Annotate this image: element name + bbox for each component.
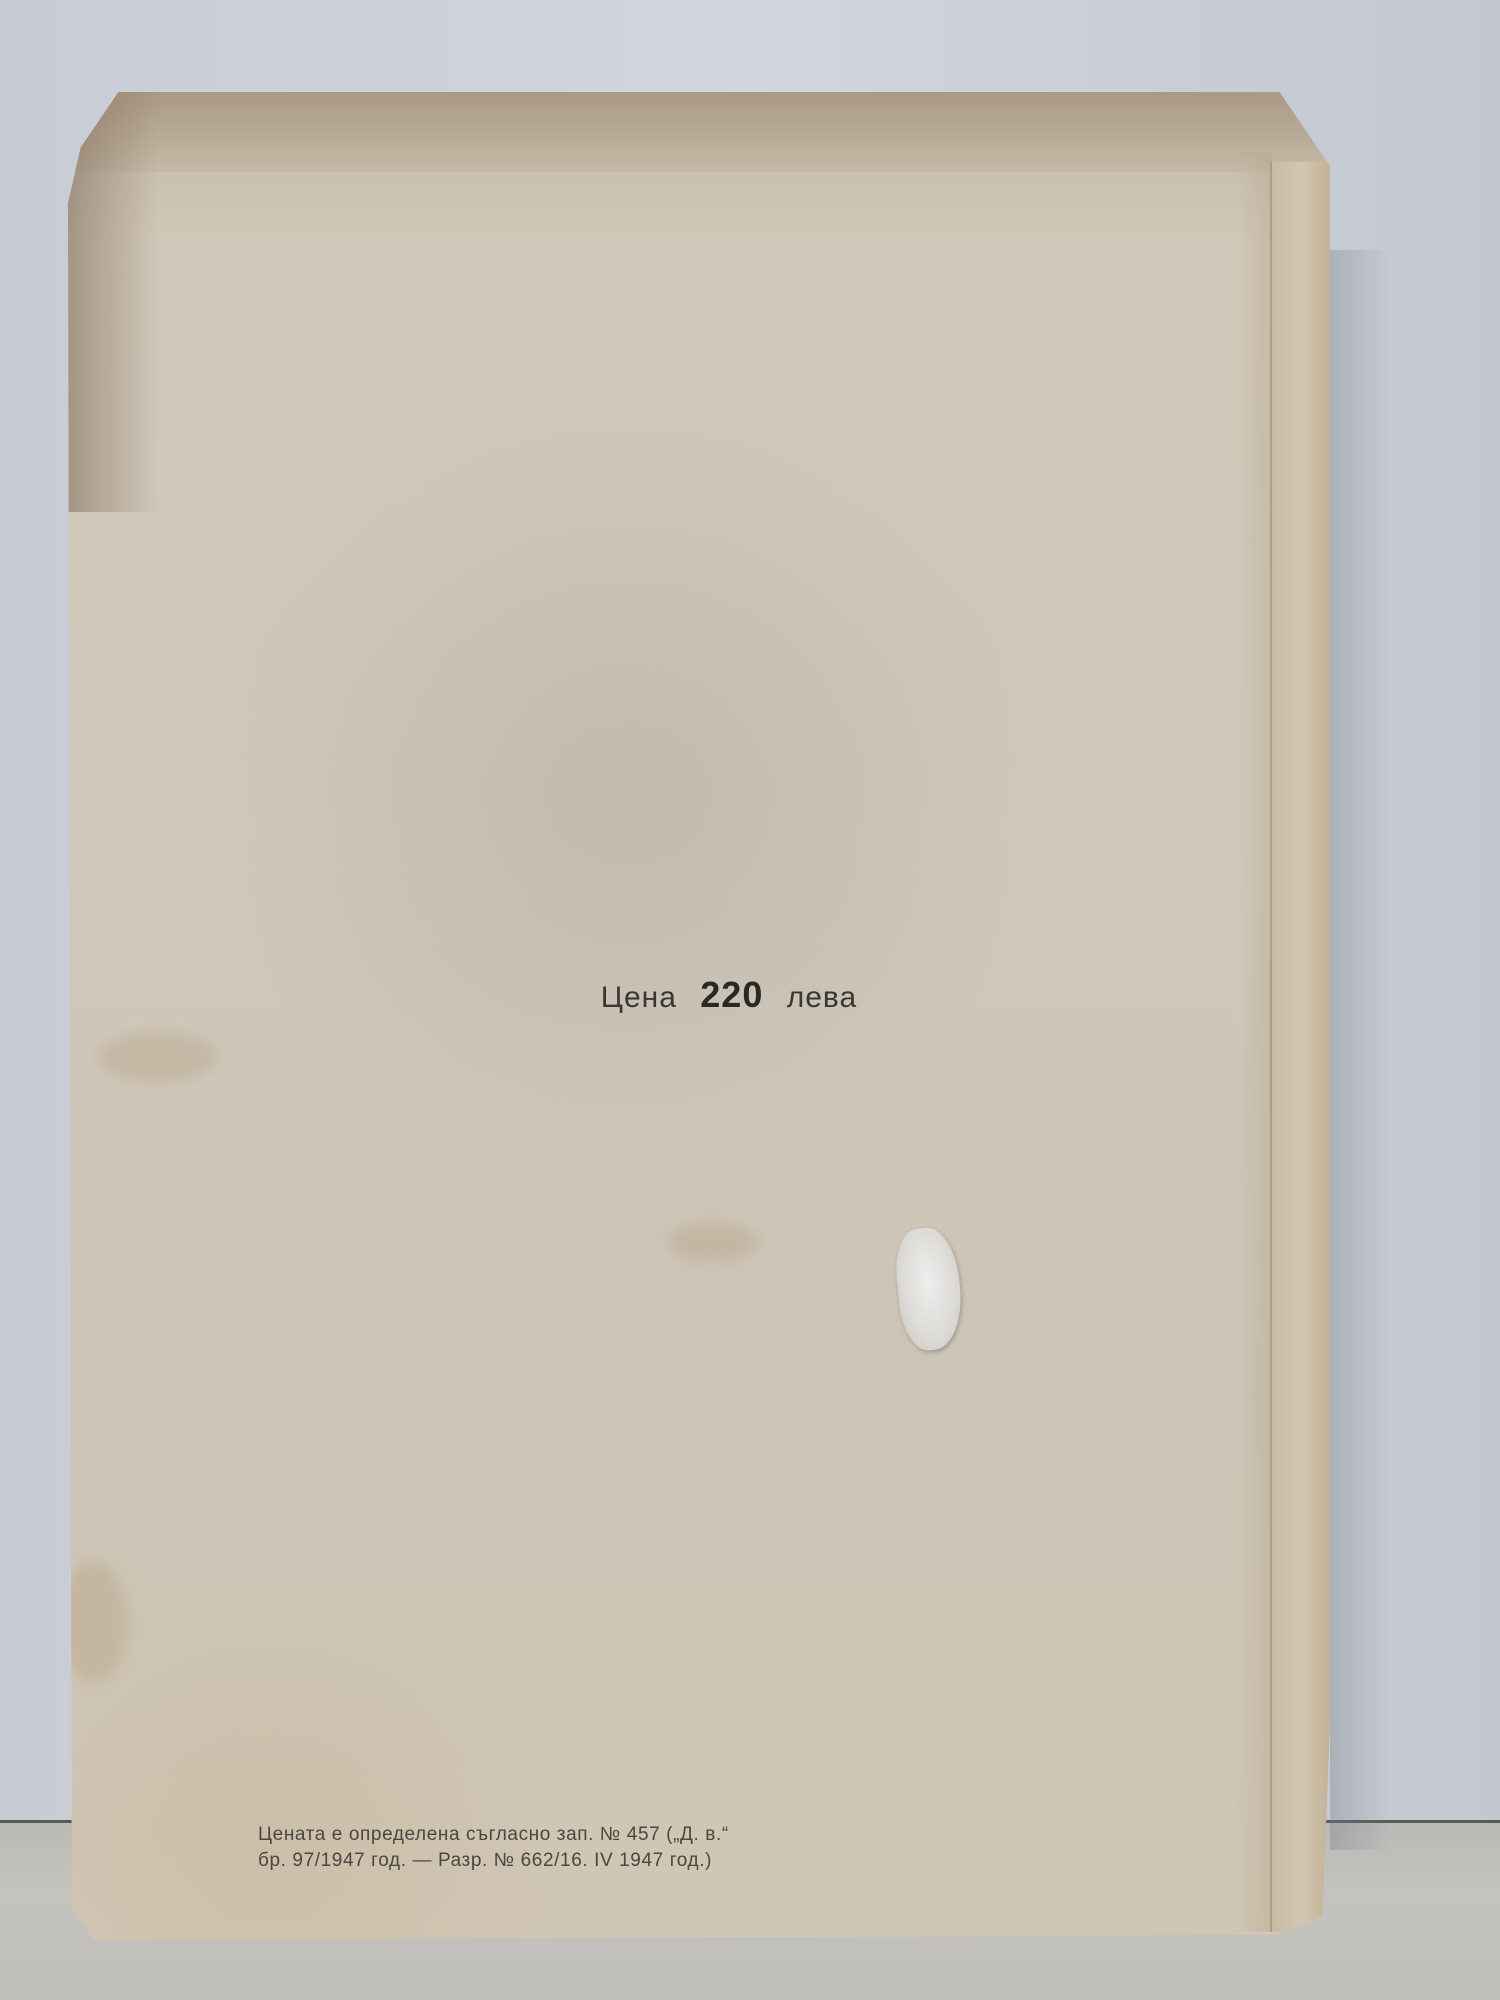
paper-tear-bump: [892, 1225, 966, 1353]
price-amount: 220: [700, 974, 763, 1015]
price-label: Цена: [541, 981, 677, 1014]
price-regulation-note: Цената е определена съгласно зап. № 457 …: [258, 1822, 1018, 1874]
book-back-cover: Цена 220 лева Цената е определена съглас…: [68, 92, 1330, 1944]
spine-fold-shade: [1236, 152, 1272, 1932]
worn-top-edge: [68, 92, 1330, 172]
footer-line-2: бр. 97/1947 год. — Разр. № 662/16. IV 19…: [258, 1848, 1018, 1874]
footer-line-1: Цената е определена съгласно зап. № 457 …: [258, 1822, 1018, 1848]
book-shadow: [1330, 250, 1390, 1850]
price-currency: лева: [787, 981, 857, 1014]
price-line: Цена 220 лева: [68, 974, 1330, 1016]
worn-left-corner: [68, 92, 158, 512]
stain-left: [98, 1032, 218, 1082]
book-spine: [1270, 162, 1330, 1932]
stain-center: [668, 1222, 758, 1262]
